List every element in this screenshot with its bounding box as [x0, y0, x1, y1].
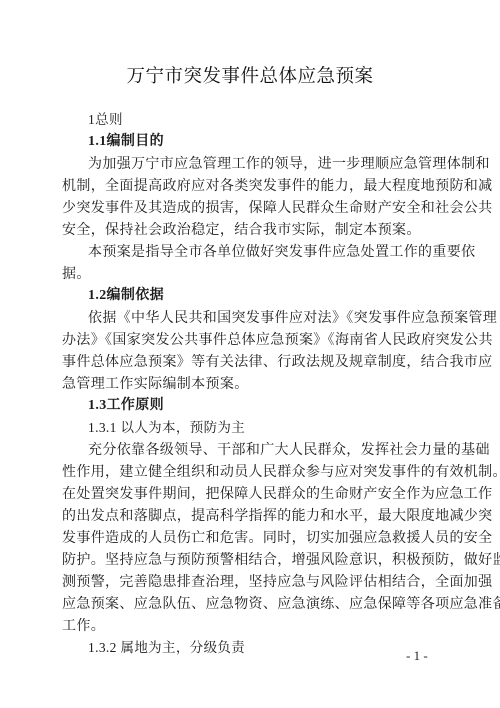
paragraph-line: 防护。坚持应急与预防预警相结合，增强风险意识，积极预防，做好监: [62, 551, 500, 569]
section-heading: 1总则: [88, 111, 123, 129]
section-heading: 1.1编制目的: [88, 133, 164, 151]
paragraph-line: 为加强万宁市应急管理工作的领导，进一步理顺应急管理体制和: [88, 155, 490, 173]
paragraph-line: 充分依靠各级领导、干部和广大人民群众，发挥社会力量的基础: [88, 441, 490, 459]
paragraph-line: 事件总体应急预案》等有关法律、行政法规及规章制度，结合我市应: [62, 353, 493, 371]
paragraph-line: 据。: [62, 265, 91, 283]
paragraph-line: 工作。: [62, 617, 105, 635]
paragraph-line: 测预警，完善隐患排查治理，坚持应急与风险评估相结合，全面加强: [62, 573, 493, 591]
paragraph-line: 应急预案、应急队伍、应急物资、应急演练、应急保障等各项应急准备: [62, 595, 500, 613]
paragraph-line: 机制，全面提高政府应对各类突发事件的能力，最大程度地预防和减: [62, 177, 493, 195]
paragraph-line: 性作用，建立健全组织和动员人民群众参与应对突发事件的有效机制。: [62, 463, 500, 481]
paragraph-line: 少突发事件及其造成的损害，保障人民群众生命财产安全和社会公共: [62, 199, 493, 217]
document-title: 万宁市突发事件总体应急预案: [0, 62, 500, 88]
paragraph-line: 办法》《国家突发公共事件总体应急预案》《海南省人民政府突发公共: [62, 331, 493, 349]
paragraph-line: 依据《中华人民共和国突发事件应对法》《突发事件应急预案管理: [88, 309, 497, 327]
paragraph-line: 在处置突发事件期间，把保障人民群众的生命财产安全作为应急工作: [62, 485, 493, 503]
paragraph-line: 本预案是指导全市各单位做好突发事件应急处置工作的重要依: [88, 243, 475, 261]
paragraph-line: 安全，保持社会政治稳定，结合我市实际，制定本预案。: [62, 221, 421, 239]
paragraph-line: 急管理工作实际编制本预案。: [62, 375, 249, 393]
section-heading: 1.3.2 属地为主，分级负责: [88, 639, 245, 657]
paragraph-line: 发事件造成的人员伤亡和危害。同时，切实加强应急救援人员的安全: [62, 529, 493, 547]
document-page: 万宁市突发事件总体应急预案 1总则1.1编制目的为加强万宁市应急管理工作的领导，…: [0, 0, 500, 708]
section-heading: 1.3.1 以人为本，预防为主: [88, 419, 245, 437]
paragraph-line: 的出发点和落脚点，提高科学指挥的能力和水平，最大限度地减少突: [62, 507, 493, 525]
section-heading: 1.2编制依据: [88, 287, 164, 305]
section-heading: 1.3工作原则: [88, 397, 164, 415]
page-number: - 1 -: [406, 648, 428, 664]
